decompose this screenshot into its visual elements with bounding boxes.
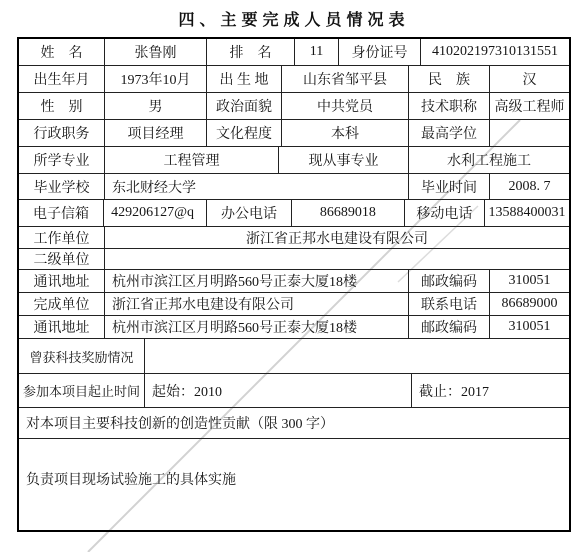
project-end-value: 截止：2017 bbox=[412, 374, 569, 407]
table-row-work-unit: 工作单位 浙江省正邦水电建设有限公司 bbox=[19, 227, 569, 249]
highest-degree-label: 最高学位 bbox=[409, 120, 490, 146]
name-value: 张鲁刚 bbox=[105, 39, 207, 65]
rank-label: 排 名 bbox=[207, 39, 295, 65]
id-number-label: 身份证号 bbox=[339, 39, 421, 65]
education-level-label: 文化程度 bbox=[207, 120, 282, 146]
major-label: 所学专业 bbox=[19, 147, 105, 173]
personnel-info-table: 姓 名 张鲁刚 排 名 11 身份证号 410202197310131551 出… bbox=[17, 37, 571, 532]
birth-date-label: 出生年月 bbox=[19, 66, 105, 92]
highest-degree-value bbox=[490, 120, 569, 146]
project-period-label: 参加本项目起止时间 bbox=[19, 374, 145, 407]
birth-date-value: 1973年10月 bbox=[105, 66, 207, 92]
table-row-graduation: 毕业学校 东北财经大学 毕业时间 2008. 7 bbox=[19, 174, 569, 200]
table-row-contribution-body: 负责项目现场试验施工的具体实施 bbox=[19, 439, 569, 530]
mobile-phone-value: 13588400031 bbox=[485, 200, 569, 226]
table-row-project-period: 参加本项目起止时间 起始：2010 截止：2017 bbox=[19, 374, 569, 408]
mailing-address-value: 杭州市滨江区月明路560号正泰大厦18楼 bbox=[105, 270, 409, 292]
contact-phone-label: 联系电话 bbox=[409, 293, 490, 315]
contact-phone-value: 86689000 bbox=[490, 293, 569, 315]
mobile-phone-label: 移动电话 bbox=[405, 200, 485, 226]
table-row-contact: 电子信箱 429206127@q 办公电话 86689018 移动电话 1358… bbox=[19, 200, 569, 227]
table-row-completing-unit: 完成单位 浙江省正邦水电建设有限公司 联系电话 86689000 bbox=[19, 293, 569, 316]
awards-value bbox=[145, 339, 569, 373]
awards-label: 曾获科技奖励情况 bbox=[19, 339, 145, 373]
table-row-name: 姓 名 张鲁刚 排 名 11 身份证号 410202197310131551 bbox=[19, 39, 569, 66]
page-title: 四、主要完成人员情况表 bbox=[0, 7, 588, 30]
gender-label: 性 别 bbox=[19, 93, 105, 119]
work-unit-value: 浙江省正邦水电建设有限公司 bbox=[105, 227, 569, 248]
current-profession-value: 水利工程施工 bbox=[409, 147, 569, 173]
name-label: 姓 名 bbox=[19, 39, 105, 65]
table-row-secondary-unit: 二级单位 bbox=[19, 249, 569, 270]
table-row-birth: 出生年月 1973年10月 出 生 地 山东省邹平县 民 族 汉 bbox=[19, 66, 569, 93]
document-page: 四、主要完成人员情况表 姓 名 张鲁刚 排 名 11 身份证号 41020219… bbox=[0, 0, 588, 552]
mailing-address-label: 通讯地址 bbox=[19, 270, 105, 292]
table-row-major: 所学专业 工程管理 现从事专业 水利工程施工 bbox=[19, 147, 569, 174]
postal-code-2-value: 310051 bbox=[490, 316, 569, 338]
admin-position-label: 行政职务 bbox=[19, 120, 105, 146]
table-row-awards: 曾获科技奖励情况 bbox=[19, 339, 569, 374]
current-profession-label: 现从事专业 bbox=[279, 147, 409, 173]
postal-code-value: 310051 bbox=[490, 270, 569, 292]
table-row-position: 行政职务 项目经理 文化程度 本科 最高学位 bbox=[19, 120, 569, 147]
office-phone-label: 办公电话 bbox=[207, 200, 292, 226]
project-start-value: 起始：2010 bbox=[145, 374, 412, 407]
completing-unit-value: 浙江省正邦水电建设有限公司 bbox=[105, 293, 409, 315]
table-row-address-1: 通讯地址 杭州市滨江区月明路560号正泰大厦18楼 邮政编码 310051 bbox=[19, 270, 569, 293]
graduation-time-label: 毕业时间 bbox=[409, 174, 490, 199]
graduation-time-value: 2008. 7 bbox=[490, 174, 569, 199]
admin-position-value: 项目经理 bbox=[105, 120, 207, 146]
id-number-value: 410202197310131551 bbox=[421, 39, 569, 65]
birthplace-label: 出 生 地 bbox=[207, 66, 282, 92]
gender-value: 男 bbox=[105, 93, 207, 119]
mailing-address-2-label: 通讯地址 bbox=[19, 316, 105, 338]
email-label: 电子信箱 bbox=[19, 200, 104, 226]
secondary-unit-label: 二级单位 bbox=[19, 249, 105, 269]
postal-code-label: 邮政编码 bbox=[409, 270, 490, 292]
contribution-body: 负责项目现场试验施工的具体实施 bbox=[19, 439, 569, 530]
secondary-unit-value bbox=[105, 249, 569, 269]
major-value: 工程管理 bbox=[105, 147, 279, 173]
table-row-contribution-header: 对本项目主要科技创新的创造性贡献（限 300 字） bbox=[19, 408, 569, 439]
postal-code-2-label: 邮政编码 bbox=[409, 316, 490, 338]
email-value: 429206127@q bbox=[104, 200, 207, 226]
office-phone-value: 86689018 bbox=[292, 200, 405, 226]
completing-unit-label: 完成单位 bbox=[19, 293, 105, 315]
rank-value: 11 bbox=[295, 39, 339, 65]
education-level-value: 本科 bbox=[282, 120, 409, 146]
political-status-label: 政治面貌 bbox=[207, 93, 282, 119]
tech-title-label: 技术职称 bbox=[409, 93, 490, 119]
tech-title-value: 高级工程师 bbox=[490, 93, 569, 119]
contribution-header: 对本项目主要科技创新的创造性贡献（限 300 字） bbox=[19, 408, 569, 438]
political-status-value: 中共党员 bbox=[282, 93, 409, 119]
table-row-address-2: 通讯地址 杭州市滨江区月明路560号正泰大厦18楼 邮政编码 310051 bbox=[19, 316, 569, 339]
ethnicity-value: 汉 bbox=[490, 66, 569, 92]
work-unit-label: 工作单位 bbox=[19, 227, 105, 248]
table-row-gender: 性 别 男 政治面貌 中共党员 技术职称 高级工程师 bbox=[19, 93, 569, 120]
graduation-school-label: 毕业学校 bbox=[19, 174, 105, 199]
graduation-school-value: 东北财经大学 bbox=[105, 174, 409, 199]
ethnicity-label: 民 族 bbox=[409, 66, 490, 92]
mailing-address-2-value: 杭州市滨江区月明路560号正泰大厦18楼 bbox=[105, 316, 409, 338]
birthplace-value: 山东省邹平县 bbox=[282, 66, 409, 92]
